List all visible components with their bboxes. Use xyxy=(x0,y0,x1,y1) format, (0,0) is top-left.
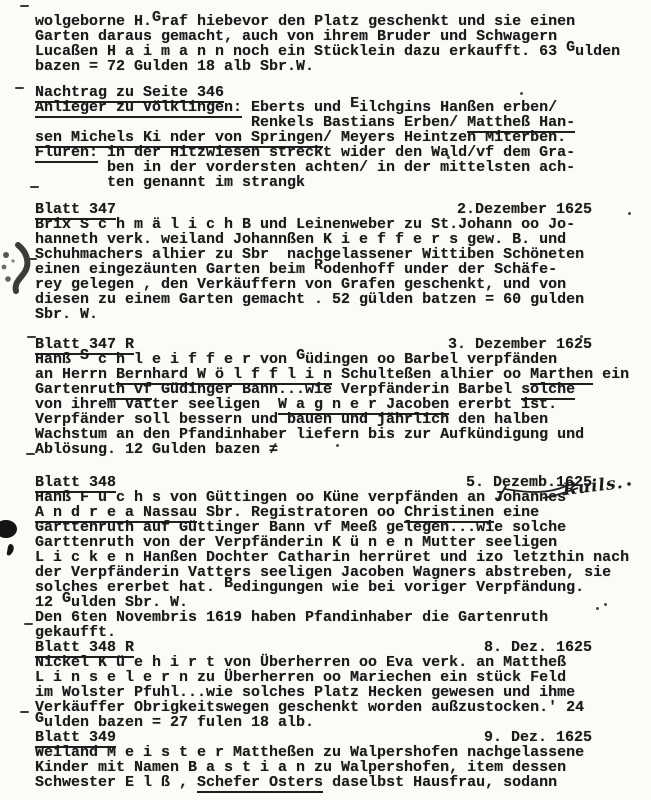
text-segment: diesen zu einem Garten gemacht . 52 güld… xyxy=(35,291,584,308)
typewritten-line: Gartenruth vf Güdinger Bann...wie Verpfä… xyxy=(35,382,651,397)
paper-speck xyxy=(580,335,583,338)
text-segment: edingungen wie bei voriger Verpfändung. xyxy=(233,579,584,596)
margin-dash-mark xyxy=(24,623,33,625)
typewritten-line: Wachstum an den Pfandinhaber liefern bis… xyxy=(35,427,651,442)
text-segment: Schwester E l ß , xyxy=(35,774,197,791)
text-segment: B xyxy=(224,575,233,592)
typewritten-line: 12 Gulden Sbr. W. xyxy=(35,595,651,610)
record-date: 3. Dezember 1625 xyxy=(448,337,592,352)
underlined-text: Schefer Osters xyxy=(197,774,323,793)
record-block: Blatt 3499. Dez. 1625Weiland M e i s t e… xyxy=(35,730,651,790)
text-segment: bazen = 72 Gulden 18 alb Sbr.W. xyxy=(35,58,314,75)
typewritten-line: hanneth verk. weiland Johannßen K i e f … xyxy=(35,232,651,247)
paper-speck xyxy=(604,603,607,606)
blatt-header: Blatt 348 R8. Dez. 1625 xyxy=(35,640,651,655)
text-segment: G xyxy=(296,347,305,364)
typewritten-line: Garttenruth auf Güttinger Bann vf Meeß g… xyxy=(35,520,651,535)
typewritten-line: einen eingezäunten Garten beim Rodenhoff… xyxy=(35,262,651,277)
typewritten-line: Hanß F u c h s von Güttingen oo Küne ver… xyxy=(35,490,651,505)
paper-speck xyxy=(490,748,493,751)
typewritten-line: der Verpfänderin Vatters seeligen Jacobe… xyxy=(35,565,651,580)
record-block: Blatt 3472.Dezember 1625Brix S c h m ä l… xyxy=(35,202,651,322)
record-block: wolgeborne H.Graf hiebevor den Platz ges… xyxy=(35,14,651,74)
typewritten-line: L i n s e l e r n zu Überherren oo Marie… xyxy=(35,670,651,685)
typewritten-line: sen Michels Ki nder von Springen/ Meyers… xyxy=(35,130,651,145)
record-date: 8. Dez. 1625 xyxy=(484,640,592,655)
typewritten-line: Gulden bazen = 27 fulen 18 alb. xyxy=(35,715,651,730)
margin-dash-mark xyxy=(30,186,39,188)
margin-dash-mark xyxy=(20,5,29,7)
typewritten-line: von ihrem Vatter seeligen W a g n e r Ja… xyxy=(35,397,651,412)
typewritten-line: Schwester E l ß , Schefer Osters daselbs… xyxy=(35,775,651,790)
typewritten-line: Garten daraus gemacht, auch von ihrem Br… xyxy=(35,29,651,44)
typewritten-line: Sbr. W. xyxy=(35,307,651,322)
record-block: Blatt 348 R8. Dez. 1625Nickel K ü e h i … xyxy=(35,640,651,730)
ink-blot-crescent xyxy=(0,241,34,301)
blatt-header: Blatt 3485. Dezemb.1625 xyxy=(35,475,651,490)
text-segment: Sbr. W. xyxy=(35,306,98,323)
margin-dash-mark xyxy=(26,453,35,455)
typewritten-line: Lucaßen H a i m a n n noch ein Stücklein… xyxy=(35,44,651,59)
typewritten-line: Brix S c h m ä l i c h B und Leinenweber… xyxy=(35,217,651,232)
typewritten-line: bazen = 72 Gulden 18 alb Sbr.W. xyxy=(35,59,651,74)
text-segment: S xyxy=(80,347,89,364)
typewritten-line: im Wolster Pfuhl...wie solches Platz Hec… xyxy=(35,685,651,700)
record-date: 9. Dez. 1625 xyxy=(484,730,592,745)
blatt-header: Blatt 3472.Dezember 1625 xyxy=(35,202,651,217)
text-segment: ein xyxy=(593,366,629,383)
text-segment: ten genannt im strangk xyxy=(35,174,305,191)
typewritten-line: Nickel K ü e h i r t von Überherren oo E… xyxy=(35,655,651,670)
record-block: Blatt 347 R3. Dezember 1625Hanß S c h l … xyxy=(35,337,651,457)
typewritten-line: gekaufft. xyxy=(35,625,651,640)
typewritten-line: Renkels Bastians Erben/ Mattheß Han- xyxy=(35,115,651,130)
typewritten-line: solches ererbet hat. Bedingungen wie bei… xyxy=(35,580,651,595)
typewritten-line: Kinder mit Namen B a s t i a n zu Walper… xyxy=(35,760,651,775)
paper-speck xyxy=(447,156,450,159)
typewritten-line: Schuhmachers alhier zu Sbr nachgelassene… xyxy=(35,247,651,262)
section-heading: Nachtrag zu Seite 346 xyxy=(35,85,651,100)
paper-speck xyxy=(596,607,599,610)
typewritten-line: Anlieger zu Völklingen: Eberts und Eilch… xyxy=(35,100,651,115)
typewritten-line: Garttenruth von der Verpfänderin K ü n e… xyxy=(35,535,651,550)
typewritten-line: diesen zu einem Garten gemacht . 52 güld… xyxy=(35,292,651,307)
typewritten-line: Den 6ten Novembris 1619 haben Pfandinhab… xyxy=(35,610,651,625)
record-date: 2.Dezember 1625 xyxy=(457,202,592,217)
margin-dash-mark xyxy=(28,258,37,260)
text-segment: G xyxy=(62,590,71,607)
typewritten-line: wolgeborne H.Graf hiebevor den Platz ges… xyxy=(35,14,651,29)
text-segment: G xyxy=(152,9,161,26)
ink-blob xyxy=(0,518,24,562)
margin-dash-mark xyxy=(27,336,36,338)
typewritten-line: ten genannt im strangk xyxy=(35,175,651,190)
typewritten-line: rey gelegen , den Verkäuffern von Grafen… xyxy=(35,277,651,292)
text-segment: E xyxy=(350,95,359,112)
blatt-header: Blatt 347 R3. Dezember 1625 xyxy=(35,337,651,352)
text-segment: G xyxy=(566,39,575,56)
typewritten-line: Hanß S c h l e i f f e r von Güdingen oo… xyxy=(35,352,651,367)
typewritten-line: Verpfänder soll bessern und bauen und jä… xyxy=(35,412,651,427)
paper-speck xyxy=(336,444,339,447)
typewritten-line: A n d r e a Nassau Sbr. Registratoren oo… xyxy=(35,505,651,520)
paper-speck xyxy=(520,92,523,95)
text-segment: R xyxy=(314,257,323,274)
typewritten-line: Weiland M e i s t e r Mattheßen zu Walpe… xyxy=(35,745,651,760)
text-segment: daselbst Hausfrau, sodann xyxy=(323,774,557,791)
document-page: wolgeborne H.Graf hiebevor den Platz ges… xyxy=(0,0,651,800)
typewritten-line: an Herrn Bernhard W ö l f f l i n Schult… xyxy=(35,367,651,382)
typewritten-line: L i c k e n Hanßen Dochter Catharin herr… xyxy=(35,550,651,565)
record-block: Nachtrag zu Seite 346Anlieger zu Völklin… xyxy=(35,85,651,190)
typewritten-line: Verkäuffer Obrigkeitswegen geschenkt wor… xyxy=(35,700,651,715)
typewritten-line: ben in der vordersten achten/ in der mit… xyxy=(35,160,651,175)
blatt-header: Blatt 3499. Dez. 1625 xyxy=(35,730,651,745)
text-segment: Ablösung. 12 Gulden bazen ≠ xyxy=(35,441,278,458)
typewritten-line: Ablösung. 12 Gulden bazen ≠ xyxy=(35,442,651,457)
text-segment: ulden xyxy=(575,43,620,60)
paper-speck xyxy=(628,212,631,215)
margin-dash-mark xyxy=(20,711,29,713)
typewritten-line: Fluren: in der Hitzwiesen streckt wider … xyxy=(35,145,651,160)
record-block: Blatt 3485. Dezemb.1625Hanß F u c h s vo… xyxy=(35,475,651,640)
margin-dash-mark xyxy=(15,87,24,89)
text-segment: G xyxy=(35,710,44,727)
